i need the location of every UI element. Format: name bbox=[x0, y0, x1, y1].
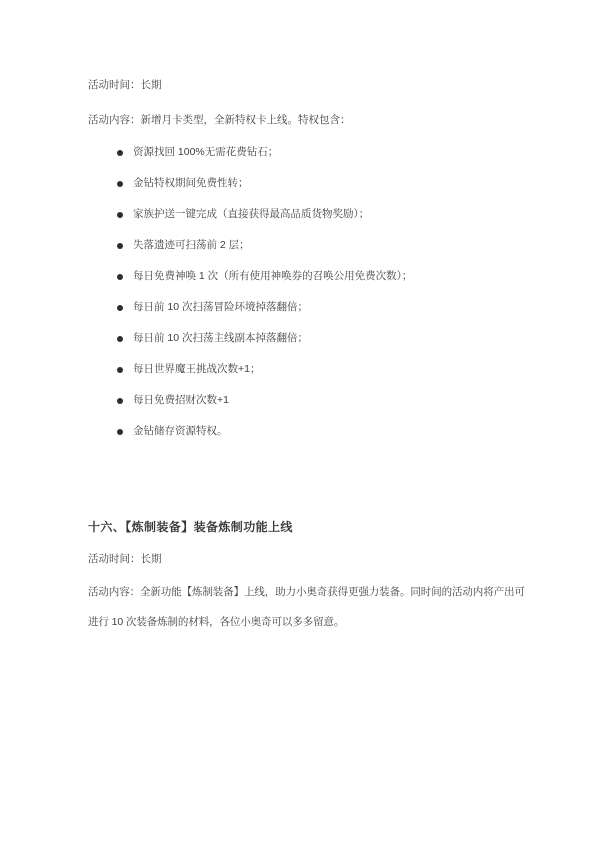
bullet-icon bbox=[117, 305, 123, 311]
bullet-text: 失落遗迹可扫荡前 2 层； bbox=[133, 239, 250, 251]
list-item: 每日世界魔王挑战次数+1； bbox=[88, 354, 515, 385]
activity-content-paragraph: 活动内容：全新功能【炼制装备】上线，助力小奥奇获得更强力装备。同时间的活动内将产… bbox=[88, 577, 531, 637]
bullet-text: 金钻储存资源特权。 bbox=[133, 425, 228, 437]
list-item: 每日前 10 次扫荡主线副本掉落翻倍； bbox=[88, 323, 515, 354]
list-item: 失落遗迹可扫荡前 2 层； bbox=[88, 230, 515, 261]
section-heading: 十六、【炼制装备】装备炼制功能上线 bbox=[88, 518, 515, 536]
privilege-bullet-list: 资源找回 100%无需花费钻石； 金钻特权期间免费性转； 家族护送一键完成（直接… bbox=[88, 137, 515, 447]
list-item: 每日前 10 次扫荡冒险环境掉落翻倍； bbox=[88, 292, 515, 323]
bullet-icon bbox=[117, 212, 123, 218]
list-item: 资源找回 100%无需花费钻石； bbox=[88, 137, 515, 168]
bullet-text: 金钻特权期间免费性转； bbox=[133, 177, 249, 189]
bullet-icon bbox=[117, 429, 123, 435]
bullet-icon bbox=[117, 336, 123, 342]
list-item: 金钻特权期间免费性转； bbox=[88, 168, 515, 199]
activity-content-intro: 活动内容：新增月卡类型，全新特权卡上线。特权包含： bbox=[88, 112, 515, 128]
bullet-icon bbox=[117, 367, 123, 373]
bullet-text: 每日前 10 次扫荡主线副本掉落翻倍； bbox=[133, 332, 308, 344]
bullet-icon bbox=[117, 274, 123, 280]
list-item: 金钻储存资源特权。 bbox=[88, 416, 515, 447]
document-page: 活动时间：长期 活动内容：新增月卡类型，全新特权卡上线。特权包含： 资源找回 1… bbox=[0, 0, 600, 848]
list-item: 每日免费神唤 1 次（所有使用神唤券的召唤公用免费次数）； bbox=[88, 261, 515, 292]
bullet-icon bbox=[117, 181, 123, 187]
list-item: 每日免费招财次数+1 bbox=[88, 385, 515, 416]
activity-time-label-1: 活动时间：长期 bbox=[88, 77, 515, 93]
bullet-icon bbox=[117, 243, 123, 249]
bullet-icon bbox=[117, 398, 123, 404]
list-item: 家族护送一键完成（直接获得最高品质货物奖励）； bbox=[88, 199, 515, 230]
bullet-text: 每日世界魔王挑战次数+1； bbox=[133, 363, 260, 375]
bullet-text: 资源找回 100%无需花费钻石； bbox=[133, 146, 278, 158]
bullet-text: 家族护送一键完成（直接获得最高品质货物奖励）； bbox=[133, 208, 369, 220]
bullet-text: 每日前 10 次扫荡冒险环境掉落翻倍； bbox=[133, 301, 308, 313]
activity-time-label-2: 活动时间：长期 bbox=[88, 551, 515, 567]
bullet-text: 每日免费神唤 1 次（所有使用神唤券的召唤公用免费次数）； bbox=[133, 270, 412, 282]
document-content: 活动时间：长期 活动内容：新增月卡类型，全新特权卡上线。特权包含： 资源找回 1… bbox=[0, 0, 600, 637]
bullet-icon bbox=[117, 150, 123, 156]
bullet-text: 每日免费招财次数+1 bbox=[133, 394, 229, 406]
